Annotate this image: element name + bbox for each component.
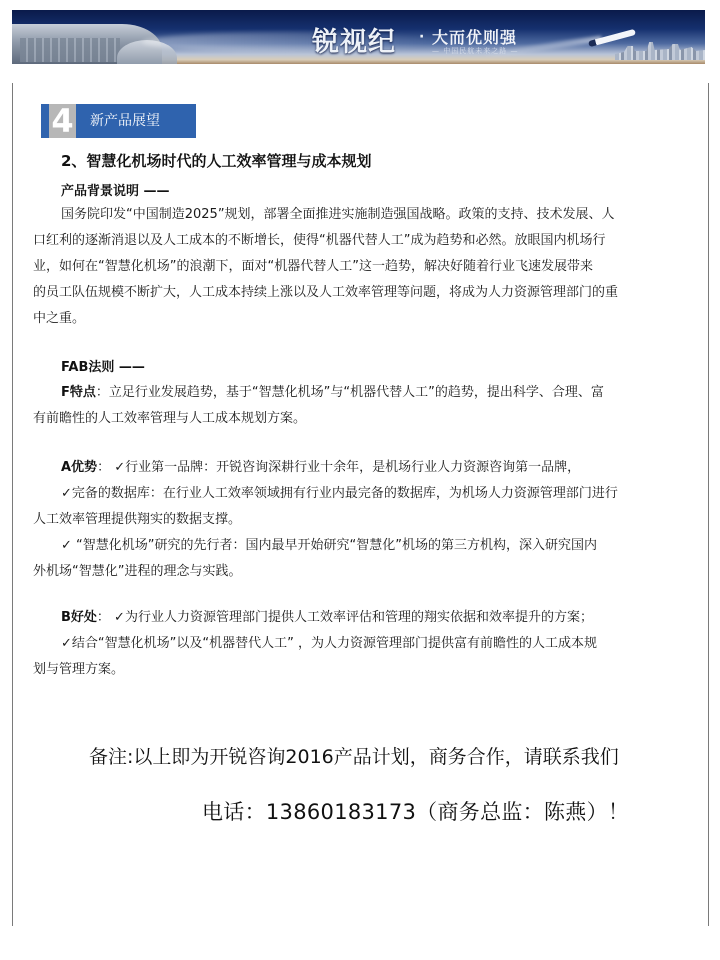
- fab-benefit: B好处： ✓为行业人力资源管理部门提供人工效率评估和管理的翔实依据和效率提升的方…: [33, 605, 673, 683]
- fab-title: FAB法则 ——: [61, 356, 145, 375]
- background-paragraph: 国务院印发“中国制造2025”规划，部署全面推进实施制造强国战略。政策的支持、技…: [33, 202, 673, 332]
- banner-subslogan: — 中国民航未来之路 —: [432, 46, 518, 56]
- fab-advantage: A优势： ✓行业第一品牌：开锐咨询深耕行业十余年，是机场行业人力资源咨询第一品牌…: [33, 455, 673, 585]
- text-line: 划与管理方案。: [33, 657, 673, 683]
- city-skyline-graphic: [615, 40, 705, 60]
- section-badge: 4 新产品展望: [41, 104, 196, 138]
- background-title: 产品背景说明 ——: [61, 180, 170, 199]
- advantage-key: A优势: [61, 460, 97, 475]
- text-line: 口红利的逐渐消退以及人工成本的不断增长，使得“机器代替人工”成为趋势和必然。放眼…: [33, 228, 673, 254]
- text-line: F特点：立足行业发展趋势，基于“智慧化机场”与“机器代替人工”的趋势，提出科学、…: [33, 380, 673, 406]
- text-line: B好处： ✓为行业人力资源管理部门提供人工效率评估和管理的翔实依据和效率提升的方…: [33, 605, 673, 631]
- text-line: ✓完备的数据库：在行业人工效率领域拥有行业内最完备的数据库，为机场人力资源管理部…: [33, 481, 673, 507]
- text-line: ✓结合“智慧化机场”以及“机器替代人工” ，为人力资源管理部门提供富有前瞻性的人…: [33, 631, 673, 657]
- text-line: 外机场“智慧化”进程的理念与实践。: [33, 559, 673, 585]
- text-line: A优势： ✓行业第一品牌：开锐咨询深耕行业十余年，是机场行业人力资源咨询第一品牌…: [33, 455, 673, 481]
- text-line: 国务院印发“中国制造2025”规划，部署全面推进实施制造强国战略。政策的支持、技…: [33, 202, 673, 228]
- text-line: 有前瞻性的人工效率管理与人工成本规划方案。: [33, 406, 673, 432]
- banner-slogan: 大而优则强: [432, 25, 517, 48]
- sky-haze: [142, 32, 442, 52]
- page-border-left: [12, 83, 13, 926]
- text-line: ✓ “智慧化机场”研究的先行者：国内最早开始研究“智慧化”机场的第三方机构，深入…: [33, 533, 673, 559]
- header-banner: 锐视纪 · 大而优则强 — 中国民航未来之路 —: [12, 10, 705, 64]
- badge-accent: [41, 104, 49, 138]
- page-border-right: [708, 83, 709, 926]
- banner-separator: ·: [419, 29, 424, 45]
- text-line: 中之重。: [33, 306, 673, 332]
- section-number: 4: [49, 104, 76, 138]
- benefit-key: B好处: [61, 610, 97, 625]
- footer-note: 备注:以上即为开锐咨询2016产品计划，商务合作，请联系我们: [89, 742, 619, 769]
- text-line: 业，如何在“智慧化机场”的浪潮下，面对“机器代替人工”这一趋势，解决好随着行业飞…: [33, 254, 673, 280]
- fab-feature: F特点：立足行业发展趋势，基于“智慧化机场”与“机器代替人工”的趋势，提出科学、…: [33, 380, 673, 432]
- product-heading: 2、智慧化机场时代的人工效率管理与成本规划: [61, 150, 371, 171]
- contact-phone: 电话：13860183173（商务总监：陈燕）！: [202, 796, 629, 826]
- feature-key: F特点: [61, 385, 96, 400]
- banner-title: 锐视纪: [312, 20, 396, 59]
- text-line: 的员工队伍规模不断扩大，人工成本持续上涨以及人工效率管理等问题，将成为人力资源管…: [33, 280, 673, 306]
- text-line: 人工效率管理提供翔实的数据支撑。: [33, 507, 673, 533]
- section-label: 新产品展望: [76, 104, 196, 138]
